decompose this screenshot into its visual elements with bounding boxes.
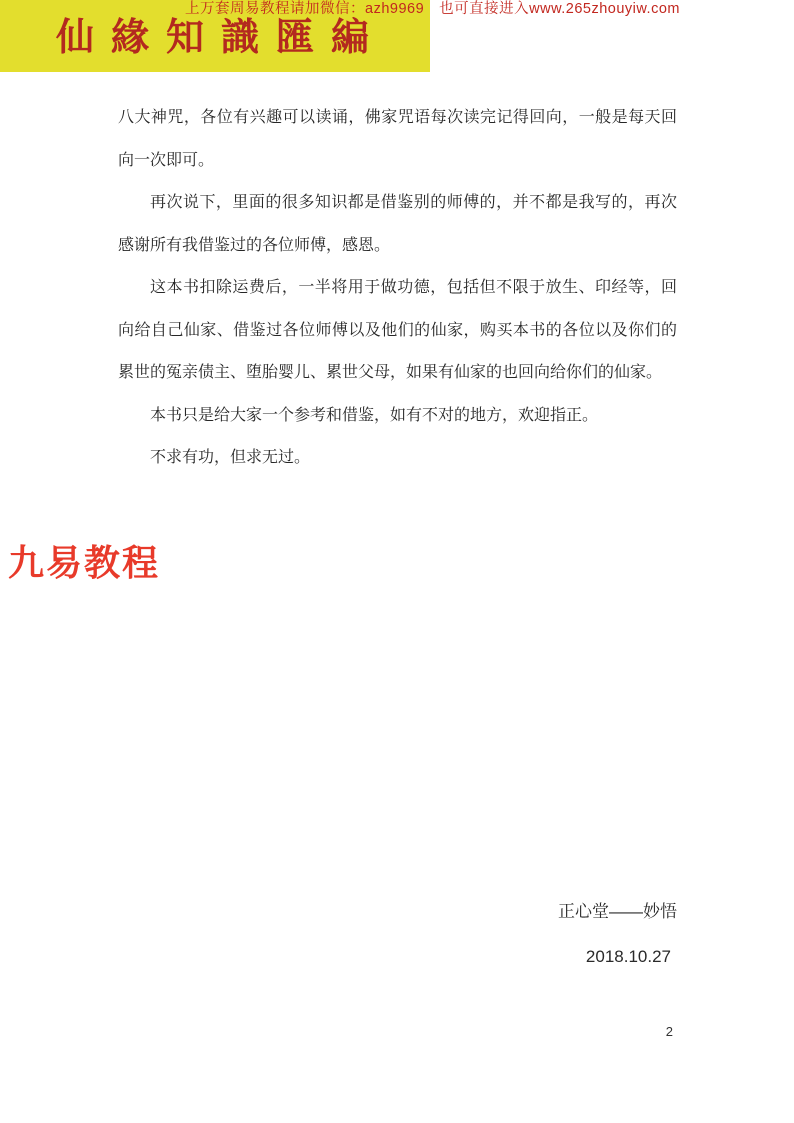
signature-name: 正心堂——妙悟 xyxy=(558,889,677,934)
banner-title: 仙緣知識匯編 xyxy=(56,17,386,59)
body-paragraph: 本书只是给大家一个参考和借鉴，如有不对的地方，欢迎指正。 xyxy=(118,395,677,438)
body-paragraph: 再次说下，里面的很多知识都是借鉴别的师傅的，并不都是我写的，再次感谢所有我借鉴过… xyxy=(118,182,677,267)
body-paragraph: 这本书扣除运费后，一半将用于做功德，包括但不限于放生、印经等，回向给自己仙家、借… xyxy=(118,267,677,395)
page-number: 2 xyxy=(666,1024,673,1039)
document-page: 仙緣知識匯編 上万套周易教程请加微信：azh9969 也可直接进入www.265… xyxy=(0,0,794,1123)
body-paragraph: 不求有功，但求无过。 xyxy=(118,437,677,480)
body-paragraph: 八大神咒，各位有兴趣可以读诵，佛家咒语每次读完记得回向，一般是每天回向一次即可。 xyxy=(118,97,677,182)
signature-date: 2018.10.27 xyxy=(558,934,677,979)
section-heading: 九易教程 xyxy=(8,542,160,584)
signature-block: 正心堂——妙悟 2018.10.27 xyxy=(558,889,677,979)
body-paragraphs: 八大神咒，各位有兴趣可以读诵，佛家咒语每次读完记得回向，一般是每天回向一次即可。… xyxy=(118,97,677,480)
promo-header-text: 上万套周易教程请加微信：azh9969 也可直接进入www.265zhouyiw… xyxy=(185,1,680,17)
